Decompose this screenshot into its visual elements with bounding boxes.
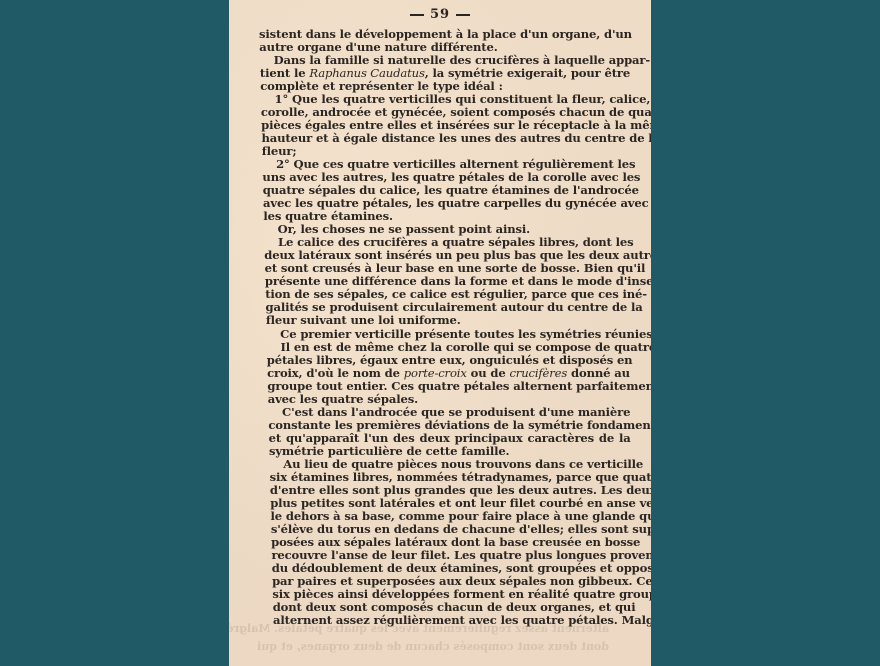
page-number: 59 (430, 7, 450, 22)
dash-right (456, 14, 470, 16)
page-number-header: 59 (229, 7, 651, 22)
book-page: 59 sistent dans le développement à la pl… (229, 0, 651, 666)
dash-left (410, 14, 424, 16)
bleed-through-text: dont deux sont composés chacun de deux o… (269, 640, 609, 654)
bleed-through-text: alternent assez régulièrement avec les q… (269, 622, 609, 636)
